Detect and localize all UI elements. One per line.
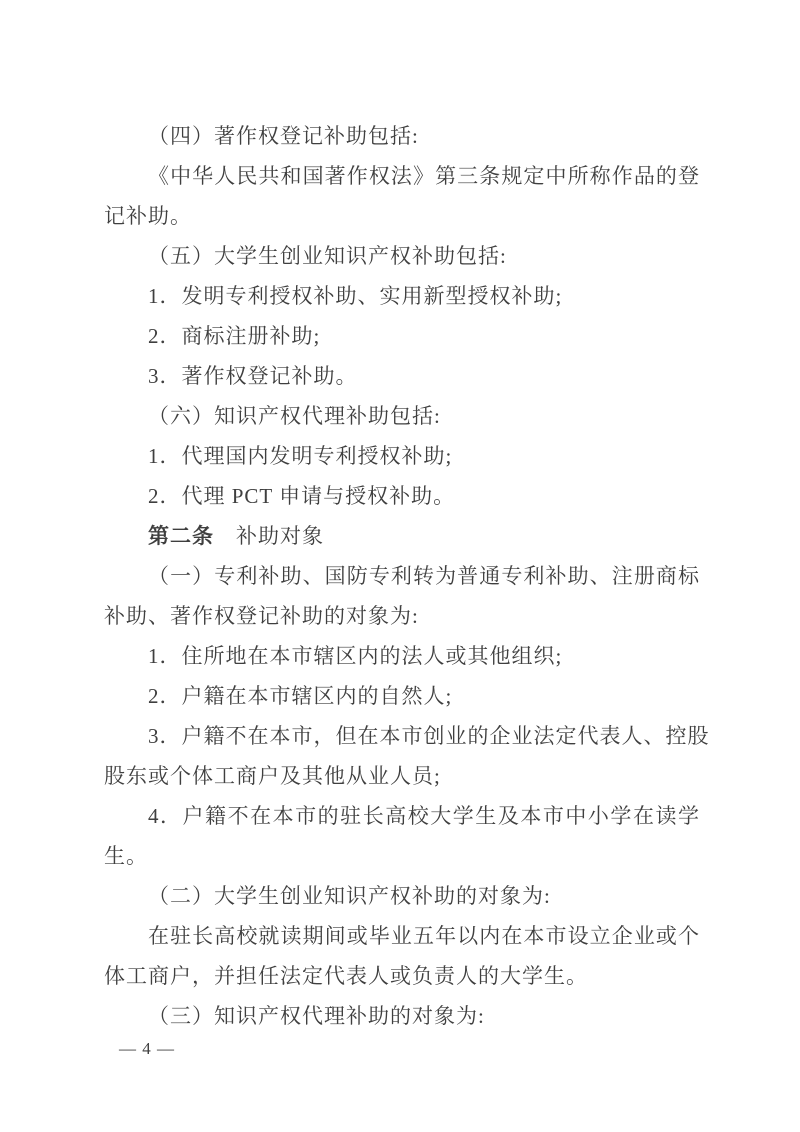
text-line: （一）专利补助、国防专利转为普通专利补助、注册商标 bbox=[104, 556, 700, 596]
text-line: 2．商标注册补助; bbox=[104, 316, 700, 356]
text-line: 记补助。 bbox=[104, 196, 700, 236]
text-line: （六）知识产权代理补助包括: bbox=[104, 396, 700, 436]
document-body: （四）著作权登记补助包括:《中华人民共和国著作权法》第三条规定中所称作品的登记补… bbox=[104, 116, 700, 1036]
article-number: 第二条 bbox=[148, 524, 214, 548]
text-line: 股东或个体工商户及其他从业人员; bbox=[104, 756, 700, 796]
text-line: 4．户籍不在本市的驻长高校大学生及本市中小学在读学 bbox=[104, 796, 700, 836]
text-line: 2．户籍在本市辖区内的自然人; bbox=[104, 676, 700, 716]
text-line: 生。 bbox=[104, 836, 700, 876]
text-line: 3．著作权登记补助。 bbox=[104, 356, 700, 396]
text-line: 1．发明专利授权补助、实用新型授权补助; bbox=[104, 276, 700, 316]
article-heading-text: 补助对象 bbox=[214, 524, 324, 548]
text-line: （三）知识产权代理补助的对象为: bbox=[104, 996, 700, 1036]
page-footer: — 4 — bbox=[119, 1038, 175, 1060]
text-line: （二）大学生创业知识产权补助的对象为: bbox=[104, 876, 700, 916]
text-line: 补助、著作权登记补助的对象为: bbox=[104, 596, 700, 636]
text-line: 3．户籍不在本市，但在本市创业的企业法定代表人、控股 bbox=[104, 716, 700, 756]
document-page: （四）著作权登记补助包括:《中华人民共和国著作权法》第三条规定中所称作品的登记补… bbox=[0, 0, 800, 1132]
text-line: （五）大学生创业知识产权补助包括: bbox=[104, 236, 700, 276]
page-number: — 4 — bbox=[119, 1039, 175, 1058]
text-line: （四）著作权登记补助包括: bbox=[104, 116, 700, 156]
text-line: 2．代理 PCT 申请与授权补助。 bbox=[104, 476, 700, 516]
text-line: 1．代理国内发明专利授权补助; bbox=[104, 436, 700, 476]
text-line: 体工商户，并担任法定代表人或负责人的大学生。 bbox=[104, 956, 700, 996]
text-line: 在驻长高校就读期间或毕业五年以内在本市设立企业或个 bbox=[104, 916, 700, 956]
text-line: 《中华人民共和国著作权法》第三条规定中所称作品的登 bbox=[104, 156, 700, 196]
text-line: 1．住所地在本市辖区内的法人或其他组织; bbox=[104, 636, 700, 676]
text-line: 第二条 补助对象 bbox=[104, 516, 700, 556]
